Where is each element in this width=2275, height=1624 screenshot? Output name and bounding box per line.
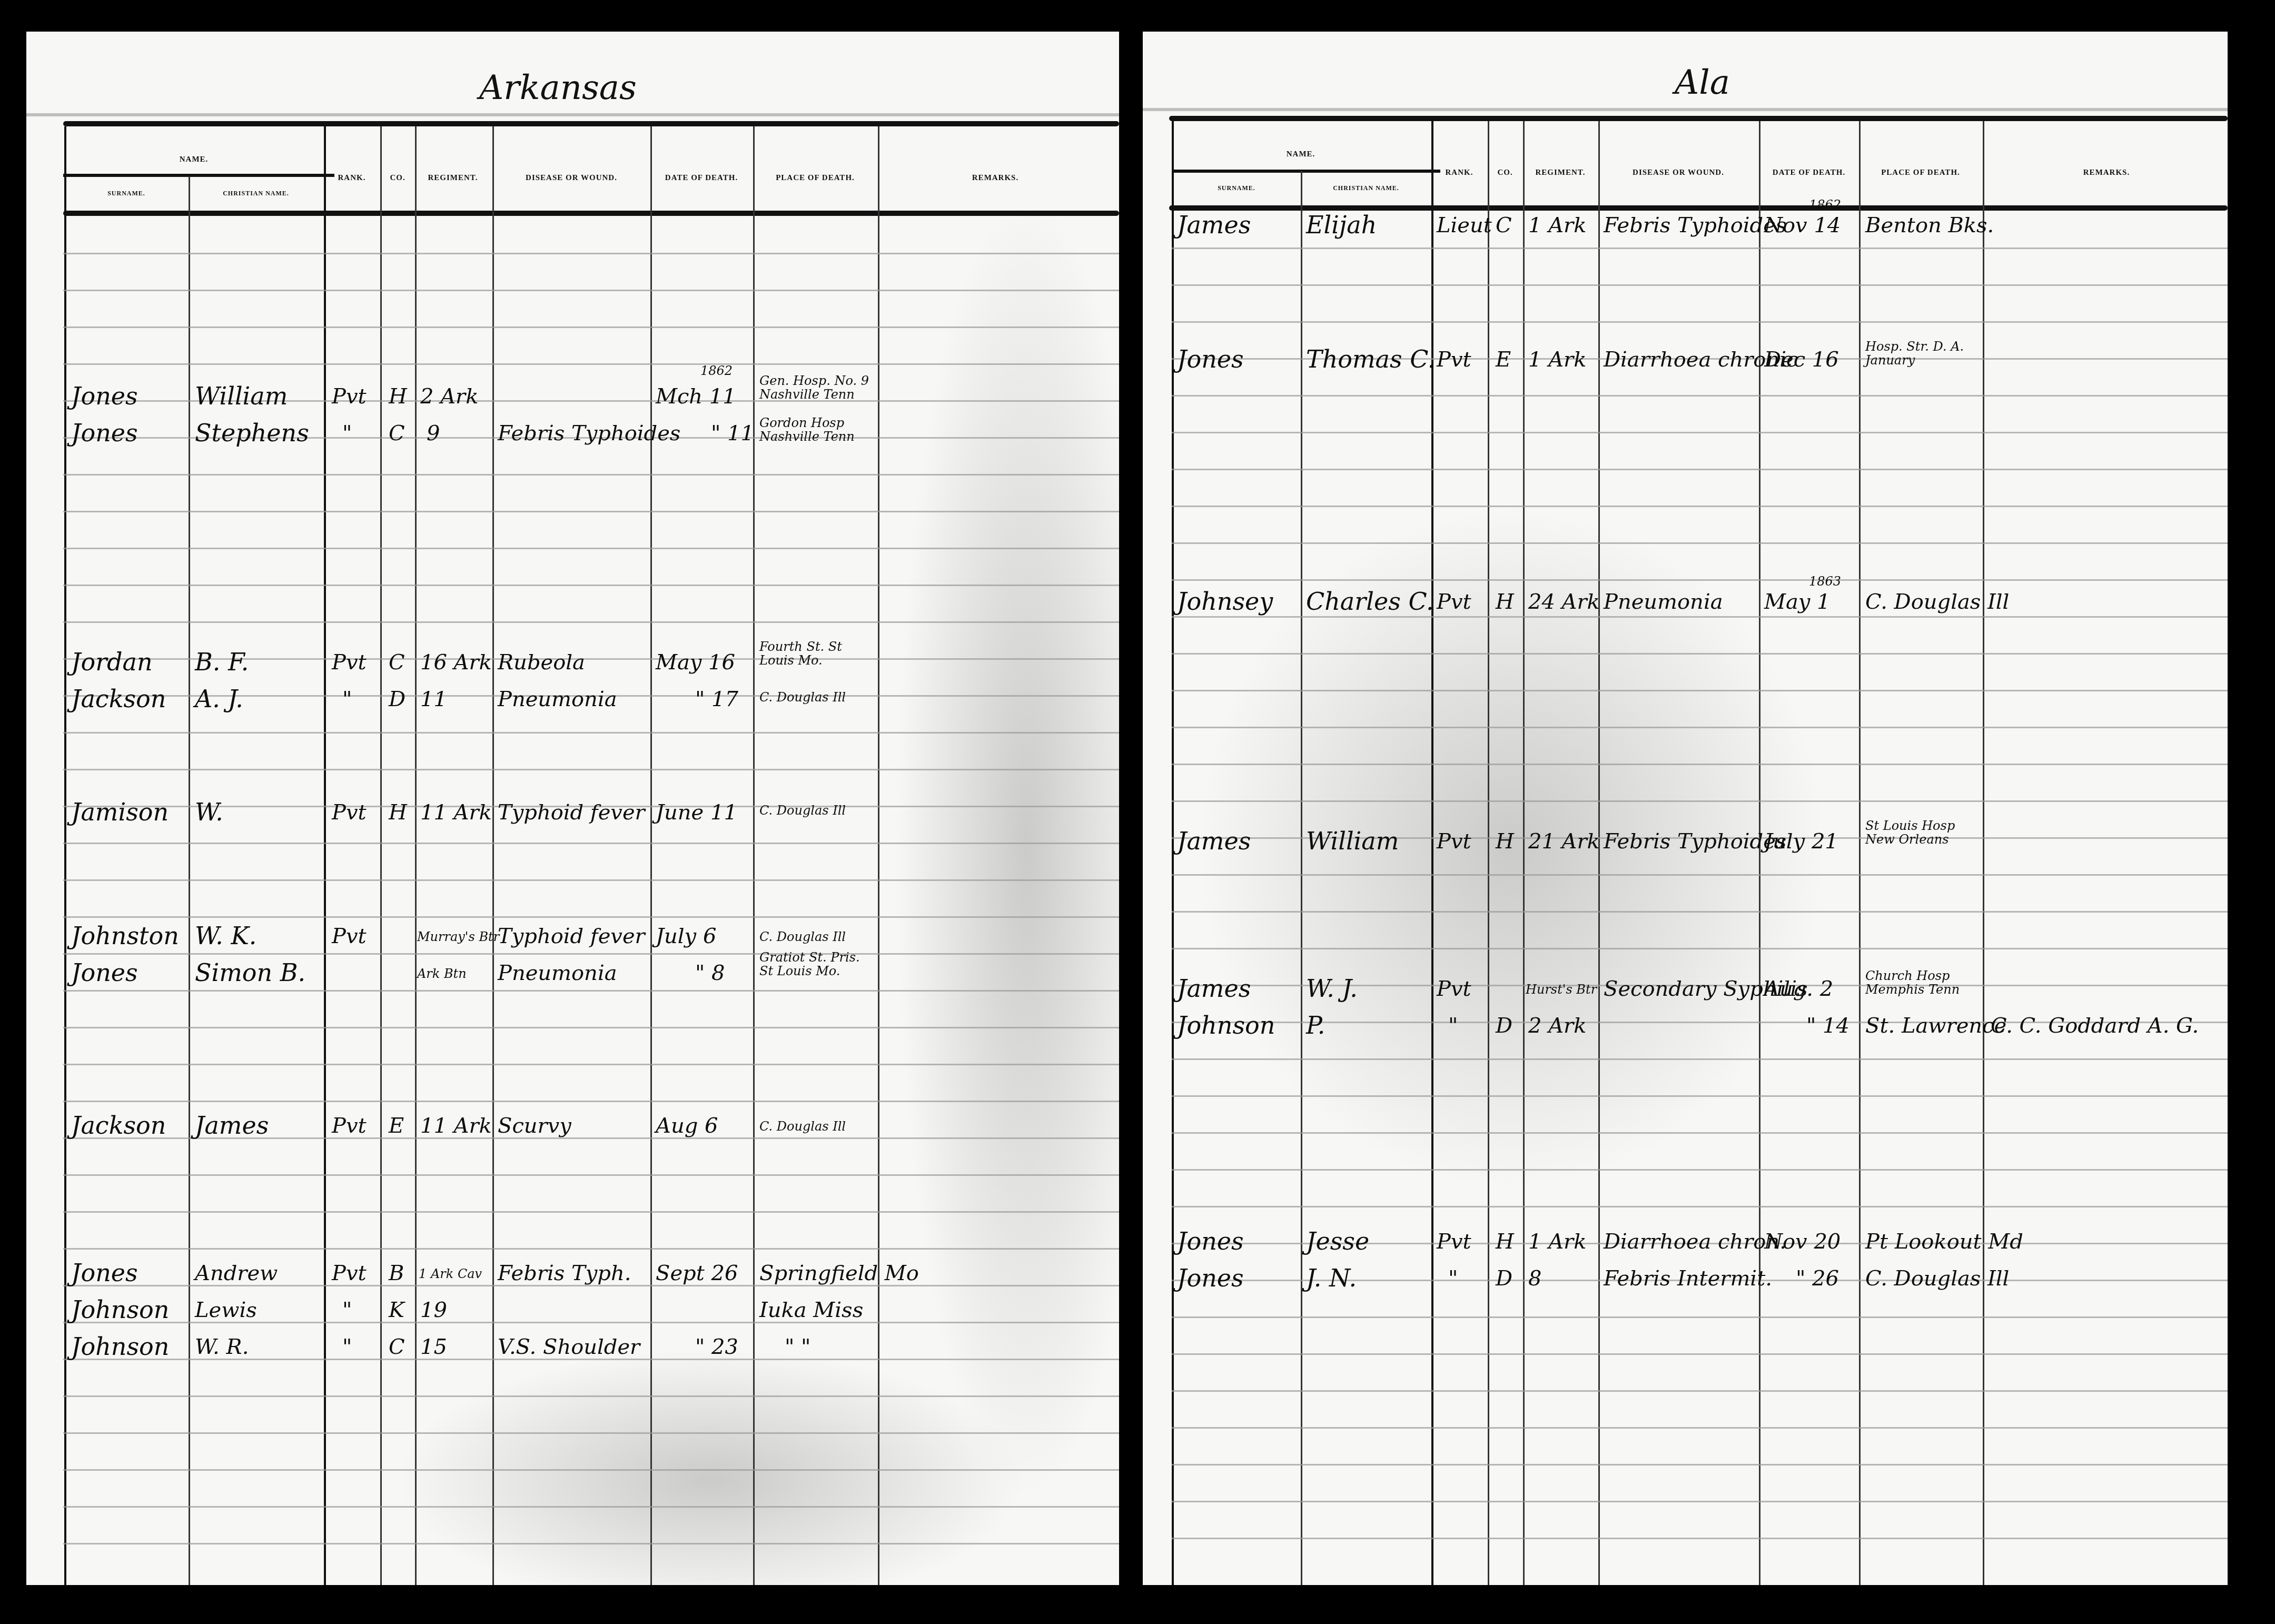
ledger-cell: B. F. bbox=[195, 648, 249, 676]
ruled-line bbox=[63, 732, 1119, 734]
ledger-cell: James bbox=[1177, 827, 1251, 855]
ledger-cell: Pvt bbox=[1437, 829, 1471, 854]
ruled-line bbox=[63, 474, 1119, 476]
ruled-line bbox=[1172, 616, 2228, 618]
ledger-cell: 1 Ark Cav bbox=[419, 1266, 482, 1281]
ruled-line bbox=[1172, 653, 2228, 655]
ledger-cell: James bbox=[1177, 974, 1251, 1003]
ledger-cell: Pt Lookout Md bbox=[1865, 1230, 2023, 1254]
ledger-cell: Typhoid fever bbox=[498, 800, 645, 825]
ledger-cell: Jamison bbox=[71, 798, 169, 826]
ledger-cell: C. Douglas Ill bbox=[759, 803, 846, 818]
ruled-line bbox=[1172, 395, 2228, 397]
ruled-line bbox=[63, 326, 1119, 328]
ledger-cell: July 21 bbox=[1764, 829, 1838, 854]
ledger-cell: 9 bbox=[427, 421, 440, 445]
header-disease: DISEASE OR WOUND. bbox=[526, 174, 617, 183]
paper-stain bbox=[395, 1348, 1027, 1585]
ledger-cell: A. J. bbox=[195, 685, 243, 713]
ledger-cell: Hosp. Str. D. A. January bbox=[1865, 340, 1981, 367]
header-christian-name: CHRISTIAN NAME. bbox=[1333, 184, 1399, 192]
ledger-cell: Typhoid fever bbox=[498, 924, 645, 948]
ledger-cell: Aug. 2 bbox=[1764, 977, 1833, 1001]
ledger-cell: 11 Ark bbox=[420, 800, 492, 825]
right-ledger-page: Ala NAME. SURNAME. CHRISTIAN NAME. RANK.… bbox=[1143, 32, 2228, 1585]
col-line bbox=[1301, 171, 1302, 1585]
ruled-line bbox=[63, 621, 1119, 623]
ledger-cell: H bbox=[1496, 1230, 1514, 1254]
ruled-line bbox=[63, 511, 1119, 512]
ledger-cell: Gordon Hosp Nashville Tenn bbox=[759, 416, 875, 443]
ledger-cell: Johnson bbox=[1177, 1011, 1275, 1039]
ruled-line bbox=[1172, 469, 2228, 470]
ledger-cell: C bbox=[389, 421, 405, 445]
ruled-line bbox=[1172, 284, 2228, 286]
ledger-cell: Lieut bbox=[1437, 213, 1492, 237]
header-regiment: REGIMENT. bbox=[1536, 169, 1586, 177]
ledger-cell: K bbox=[389, 1298, 404, 1322]
ruled-line bbox=[1172, 542, 2228, 544]
ledger-cell: Pvt bbox=[332, 924, 367, 948]
header-co: CO. bbox=[1497, 169, 1512, 177]
ruled-line bbox=[1172, 1206, 2228, 1207]
ledger-cell: " bbox=[1448, 1266, 1458, 1291]
col-line bbox=[1523, 121, 1525, 1585]
ruled-line bbox=[1172, 727, 2228, 728]
ledger-cell: 24 Ark bbox=[1528, 590, 1600, 614]
header-remarks: REMARKS. bbox=[2083, 169, 2130, 177]
ledger-cell: 1 Ark bbox=[1528, 348, 1586, 372]
ledger-cell: W. K. bbox=[195, 922, 256, 950]
ruled-line bbox=[1172, 1316, 2228, 1318]
ledger-cell: " bbox=[1448, 1014, 1458, 1038]
ruled-line bbox=[63, 1211, 1119, 1213]
ledger-cell: C. Douglas Ill bbox=[759, 929, 846, 944]
name-sub-rule bbox=[1172, 170, 1440, 173]
header-disease: DISEASE OR WOUND. bbox=[1633, 169, 1724, 177]
ledger-cell: May 16 bbox=[656, 650, 735, 675]
ledger-cell: Pvt bbox=[1437, 590, 1471, 614]
ruled-line bbox=[63, 1395, 1119, 1397]
ledger-cell: Ark Btn bbox=[417, 966, 467, 981]
ledger-cell: Pneumonia bbox=[1604, 590, 1723, 614]
header-remarks: REMARKS. bbox=[972, 174, 1018, 183]
ledger-cell: Hurst's Btr bbox=[1526, 982, 1597, 997]
ruled-line bbox=[1172, 1464, 2228, 1465]
header-date: DATE OF DEATH. bbox=[665, 174, 738, 183]
ledger-cell: 1 Ark bbox=[1528, 1230, 1586, 1254]
col-line bbox=[324, 126, 326, 1585]
header-regiment: REGIMENT. bbox=[428, 174, 478, 183]
ledger-cell: C. Douglas Ill bbox=[759, 690, 846, 705]
ledger-cell: James bbox=[1177, 211, 1251, 239]
ruled-line bbox=[63, 1174, 1119, 1176]
ledger-cell: " 8 bbox=[695, 961, 725, 985]
ruled-line bbox=[1172, 911, 2228, 913]
ruled-line bbox=[63, 1248, 1119, 1250]
ledger-cell: May 1 bbox=[1764, 590, 1831, 614]
ruled-line bbox=[63, 1506, 1119, 1508]
ledger-cell: Johnson bbox=[71, 1295, 169, 1324]
ledger-cell: Murray's Btr bbox=[417, 929, 499, 944]
ruled-line bbox=[1172, 1353, 2228, 1355]
ledger-cell: 1862 bbox=[700, 363, 733, 378]
state-title: Arkansas bbox=[479, 68, 637, 107]
header-christian-name: CHRISTIAN NAME. bbox=[223, 190, 289, 197]
ledger-cell: Simon B. bbox=[195, 958, 305, 987]
ruled-line bbox=[1172, 321, 2228, 323]
ledger-cell: B bbox=[389, 1261, 404, 1285]
ruled-line bbox=[63, 1432, 1119, 1434]
header-rank: RANK. bbox=[338, 174, 366, 183]
ledger-cell: Aug 6 bbox=[656, 1114, 718, 1138]
col-line bbox=[650, 126, 652, 1585]
ledger-cell: 2 Ark bbox=[420, 384, 478, 409]
ledger-cell: E bbox=[389, 1114, 404, 1138]
col-line bbox=[753, 126, 755, 1585]
col-line bbox=[492, 126, 494, 1585]
ledger-cell: C bbox=[1496, 213, 1512, 237]
col-line bbox=[1859, 121, 1861, 1585]
ledger-cell: 15 bbox=[420, 1335, 447, 1359]
ledger-cell: Pvt bbox=[332, 384, 367, 409]
ruled-line bbox=[63, 253, 1119, 254]
ledger-cell: St Louis Hosp New Orleans bbox=[1865, 819, 1981, 846]
col-line bbox=[1172, 121, 1174, 1585]
ledger-cell: Febris Typhoides bbox=[1604, 213, 1786, 237]
ledger-cell: Pvt bbox=[1437, 1230, 1471, 1254]
header-name: NAME. bbox=[180, 155, 209, 164]
ledger-cell: C bbox=[389, 1335, 405, 1359]
col-line bbox=[1431, 121, 1433, 1585]
col-line bbox=[380, 126, 382, 1585]
ledger-cell: 11 Ark bbox=[420, 1114, 492, 1138]
ledger-cell: Pvt bbox=[332, 650, 367, 675]
ledger-cell: 19 bbox=[420, 1298, 447, 1322]
divider bbox=[26, 113, 1119, 116]
ruled-line bbox=[63, 290, 1119, 291]
ledger-cell: Febris Typh. bbox=[498, 1261, 631, 1285]
ledger-cell: W. bbox=[195, 798, 223, 826]
ruled-line bbox=[1172, 1132, 2228, 1134]
ruled-line bbox=[63, 990, 1119, 992]
ledger-cell: " 11 bbox=[711, 421, 754, 445]
ledger-cell: H bbox=[389, 384, 407, 409]
ledger-cell: 1 Ark bbox=[1528, 213, 1586, 237]
ledger-cell: Johnson bbox=[71, 1332, 169, 1361]
ledger-cell: C. C. Goddard A. G. bbox=[1991, 1014, 2199, 1038]
ledger-cell: St. Lawrence bbox=[1865, 1014, 2006, 1038]
ledger-cell: Dec 16 bbox=[1764, 348, 1839, 372]
name-sub-rule bbox=[63, 174, 334, 177]
ledger-cell: Mch 11 bbox=[656, 384, 736, 409]
ledger-cell: Febris Typhoides bbox=[498, 421, 680, 445]
ledger-cell: Pneumonia bbox=[498, 961, 617, 985]
ledger-cell: W. J. bbox=[1306, 974, 1358, 1003]
ledger-cell: Johnston bbox=[71, 922, 179, 950]
ledger-cell: Fourth St. St Louis Mo. bbox=[759, 640, 875, 667]
ledger-cell: C. Douglas Ill bbox=[759, 1119, 846, 1134]
ledger-cell: " 17 bbox=[695, 687, 738, 711]
ledger-cell: James bbox=[195, 1111, 269, 1140]
paper-stain bbox=[895, 190, 1119, 1506]
ruled-line bbox=[1172, 1427, 2228, 1429]
ruled-line bbox=[63, 916, 1119, 918]
ledger-cell: William bbox=[1306, 827, 1399, 855]
col-line bbox=[878, 126, 879, 1585]
ledger-cell: Pvt bbox=[1437, 348, 1471, 372]
ledger-cell: W. R. bbox=[195, 1335, 249, 1359]
ledger-cell: 8 bbox=[1528, 1266, 1541, 1291]
ledger-cell: Rubeola bbox=[498, 650, 585, 675]
ledger-cell: Sept 26 bbox=[656, 1261, 738, 1285]
ledger-cell: July 6 bbox=[656, 924, 716, 948]
ledger-cell: Febris Intermit. bbox=[1604, 1266, 1772, 1291]
ledger-cell: Jones bbox=[1177, 1264, 1244, 1292]
header-name: NAME. bbox=[1287, 150, 1315, 159]
ruled-line bbox=[63, 548, 1119, 549]
ruled-line bbox=[1172, 432, 2228, 433]
ledger-cell: " bbox=[342, 687, 352, 711]
ledger-cell: Lewis bbox=[195, 1298, 257, 1322]
ruled-line bbox=[1172, 1095, 2228, 1097]
ledger-cell: Thomas C. bbox=[1306, 345, 1435, 373]
col-line bbox=[415, 126, 417, 1585]
ledger-cell: 2 Ark bbox=[1528, 1014, 1586, 1038]
ledger-cell: Elijah bbox=[1306, 211, 1377, 239]
ledger-cell: Scurvy bbox=[498, 1114, 571, 1138]
ledger-cell: Church Hosp Memphis Tenn bbox=[1865, 969, 1981, 996]
ledger-cell: P. bbox=[1306, 1011, 1325, 1039]
ledger-cell: Jones bbox=[1177, 345, 1244, 373]
ledger-cell: H bbox=[1496, 829, 1514, 854]
ruled-line bbox=[63, 585, 1119, 586]
ruled-line bbox=[63, 1064, 1119, 1065]
ledger-cell: D bbox=[389, 687, 405, 711]
ledger-cell: Pvt bbox=[332, 1114, 367, 1138]
ledger-cell: Jordan bbox=[71, 648, 153, 676]
ruled-line bbox=[1172, 1058, 2228, 1060]
ledger-cell: Johnsey bbox=[1177, 587, 1273, 616]
header-bottom-rule bbox=[63, 211, 1119, 216]
ledger-cell: " " bbox=[785, 1335, 811, 1359]
header-co: CO. bbox=[390, 174, 405, 183]
ledger-cell: Jackson bbox=[71, 1111, 166, 1140]
header-top-rule bbox=[63, 121, 1119, 126]
header-rank: RANK. bbox=[1446, 169, 1473, 177]
ledger-cell: June 11 bbox=[656, 800, 737, 825]
ruled-line bbox=[63, 1543, 1119, 1544]
ledger-cell: 1862 bbox=[1809, 197, 1841, 212]
ledger-cell: Jackson bbox=[71, 685, 166, 713]
ledger-cell: Stephens bbox=[195, 419, 309, 447]
ruled-line bbox=[63, 953, 1119, 955]
ledger-cell: Jones bbox=[71, 382, 138, 410]
ledger-cell: Jesse bbox=[1306, 1227, 1369, 1255]
header-place: PLACE OF DEATH. bbox=[1881, 169, 1960, 177]
ledger-cell: Febris Typhoides bbox=[1604, 829, 1786, 854]
ruled-line bbox=[1172, 1390, 2228, 1392]
ledger-cell: Pvt bbox=[332, 800, 367, 825]
header-bottom-rule bbox=[1169, 205, 2228, 211]
header-surname: SURNAME. bbox=[107, 190, 145, 197]
col-line bbox=[1983, 121, 1984, 1585]
ledger-cell: H bbox=[1496, 590, 1514, 614]
ledger-cell: C. Douglas Ill bbox=[1865, 1266, 2009, 1291]
ledger-cell: " 26 bbox=[1796, 1266, 1839, 1291]
ledger-cell: Diarrhoea chron. bbox=[1604, 1230, 1786, 1254]
ledger-cell: Pneumonia bbox=[498, 687, 617, 711]
ledger-cell: Nov 20 bbox=[1764, 1230, 1841, 1254]
ledger-cell: C. Douglas Ill bbox=[1865, 590, 2009, 614]
ledger-cell: 11 bbox=[420, 687, 447, 711]
ledger-cell: H bbox=[389, 800, 407, 825]
ledger-cell: 16 Ark bbox=[420, 650, 492, 675]
ruled-line bbox=[1172, 1501, 2228, 1502]
ledger-cell: Gratiot St. Pris. St Louis Mo. bbox=[759, 950, 875, 978]
ruled-line bbox=[1172, 800, 2228, 802]
ledger-cell: " 23 bbox=[695, 1335, 738, 1359]
ruled-line bbox=[63, 1469, 1119, 1471]
ruled-line bbox=[1172, 247, 2228, 249]
ledger-cell: 1863 bbox=[1809, 574, 1841, 589]
ledger-cell: E bbox=[1496, 348, 1511, 372]
ledger-cell: Jones bbox=[71, 1259, 138, 1287]
divider bbox=[1143, 108, 2228, 111]
ruled-line bbox=[1172, 874, 2228, 876]
ruled-line bbox=[1172, 579, 2228, 581]
ledger-cell: J. N. bbox=[1306, 1264, 1357, 1292]
header-date: DATE OF DEATH. bbox=[1773, 169, 1845, 177]
ledger-cell: " bbox=[342, 1335, 352, 1359]
ruled-line bbox=[63, 879, 1119, 881]
ledger-cell: Springfield Mo bbox=[759, 1261, 919, 1285]
ledger-cell: Jones bbox=[71, 419, 138, 447]
state-title: Ala bbox=[1675, 63, 1730, 102]
col-line bbox=[1488, 121, 1489, 1585]
ledger-cell: Jones bbox=[1177, 1227, 1244, 1255]
ruled-line bbox=[1172, 690, 2228, 691]
ledger-cell: Nov 14 bbox=[1764, 213, 1841, 237]
ledger-cell: Gen. Hosp. No. 9 Nashville Tenn bbox=[759, 374, 875, 401]
ledger-cell: Jones bbox=[71, 958, 138, 987]
ruled-line bbox=[1172, 1169, 2228, 1171]
ruled-line bbox=[63, 1027, 1119, 1028]
ledger-cell: C bbox=[389, 650, 405, 675]
header-top-rule bbox=[1169, 116, 2228, 121]
ruled-line bbox=[1172, 764, 2228, 765]
ruled-line bbox=[1172, 948, 2228, 949]
ledger-cell: D bbox=[1496, 1266, 1512, 1291]
ledger-cell: V.S. Shoulder bbox=[498, 1335, 640, 1359]
ruled-line bbox=[63, 1101, 1119, 1102]
ledger-cell: 21 Ark bbox=[1528, 829, 1600, 854]
ledger-cell: D bbox=[1496, 1014, 1512, 1038]
ledger-cell: " 14 bbox=[1806, 1014, 1849, 1038]
ledger-cell: William bbox=[195, 382, 288, 410]
ledger-cell: Iuka Miss bbox=[759, 1298, 863, 1322]
ruled-line bbox=[63, 843, 1119, 844]
col-line bbox=[64, 126, 66, 1585]
header-place: PLACE OF DEATH. bbox=[776, 174, 855, 183]
ruled-line bbox=[1172, 506, 2228, 507]
left-ledger-page: Arkansas NAME. SURNAME. CHRISTIAN NAME. … bbox=[26, 32, 1119, 1585]
ledger-cell: Pvt bbox=[332, 1261, 367, 1285]
ledger-cell: " bbox=[342, 1298, 352, 1322]
header-surname: SURNAME. bbox=[1218, 184, 1255, 192]
ruled-line bbox=[63, 769, 1119, 770]
ledger-cell: Benton Bks. bbox=[1865, 213, 1994, 237]
ledger-cell: Charles C. bbox=[1306, 587, 1434, 616]
ledger-cell: Pvt bbox=[1437, 977, 1471, 1001]
ruled-line bbox=[63, 363, 1119, 365]
ledger-cell: Andrew bbox=[195, 1261, 278, 1285]
ruled-line bbox=[1172, 1538, 2228, 1539]
ledger-cell: " bbox=[342, 421, 352, 445]
